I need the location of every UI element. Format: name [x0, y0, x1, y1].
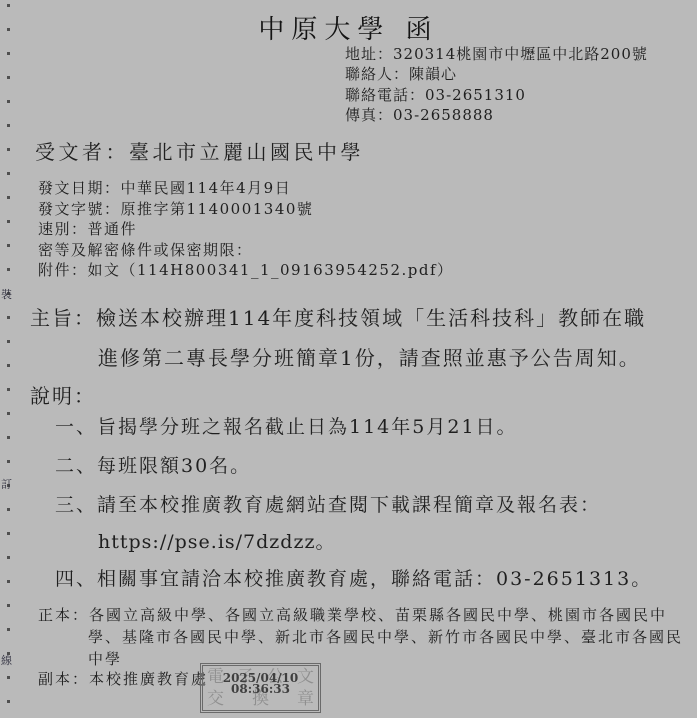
sender-contact-phone: 聯絡電話：03-2651310	[345, 85, 648, 105]
document-meta-block: 發文日期：中華民國114年4月9日 發文字號：原推字第1140001340號 速…	[38, 178, 454, 281]
original-recipients-line-3: 中學	[88, 648, 122, 669]
sender-fax: 傳真：03-2658888	[345, 105, 648, 125]
stamp-datetime: 2025/04/10 08:36:33	[203, 673, 318, 695]
original-recipients-line-2: 學、基隆市各國民中學、新北市各國民中學、新竹市各國民中學、臺北市各國民	[88, 626, 683, 647]
sender-contact-person: 聯絡人：陳韻心	[345, 64, 648, 84]
explanation-item-3: 三、請至本校推廣教育處網站查閱下載課程簡章及報名表：	[55, 490, 601, 517]
copy-recipient-line: 副本：本校推廣教育處	[38, 668, 208, 689]
binding-mark-zhuang: 裝	[1, 289, 12, 300]
meta-priority: 速別：普通件	[38, 219, 454, 240]
official-document-page: 裝 訂 線 中原大學 函 地址：320314桃園市中壢區中北路200號 聯絡人：…	[0, 0, 697, 718]
original-recipients-line-1: 正本：各國立高級中學、各國立高級職業學校、苗栗縣各國民中學、桃園市各國民中	[38, 604, 667, 625]
explanation-item-1: 一、旨揭學分班之報名截止日為114年5月21日。	[55, 412, 518, 439]
sender-address: 地址：320314桃園市中壢區中北路200號	[345, 44, 648, 64]
binding-mark-ding: 訂	[1, 479, 12, 490]
meta-attachment: 附件：如文（114H800341_1_09163954252.pdf）	[38, 260, 454, 281]
meta-reference-number: 發文字號：原推字第1140001340號	[38, 199, 454, 220]
binding-dotted-line	[7, 4, 10, 718]
explanation-item-3-url: https://pse.is/7dzdzz。	[98, 527, 336, 554]
subject-line-1: 主旨：檢送本校辦理114年度科技領域「生活科技科」教師在職	[30, 302, 646, 331]
electronic-exchange-stamp: 電 子 公 文 交 換 章 2025/04/10 08:36:33	[200, 663, 321, 713]
meta-security-classification: 密等及解密條件或保密期限：	[38, 240, 454, 261]
explanation-heading: 說明：	[30, 380, 96, 409]
sender-contact-block: 地址：320314桃園市中壢區中北路200號 聯絡人：陳韻心 聯絡電話：03-2…	[345, 44, 648, 126]
explanation-item-2: 二、每班限額30名。	[55, 451, 251, 478]
document-title: 中原大學 函	[0, 9, 697, 46]
meta-issue-date: 發文日期：中華民國114年4月9日	[38, 178, 454, 199]
binding-mark-xian: 線	[1, 655, 12, 666]
stamp-time: 08:36:33	[203, 684, 318, 695]
recipient-line: 受文者：臺北市立麗山國民中學	[35, 136, 364, 165]
subject-line-2: 進修第二專長學分班簡章1份，請查照並惠予公告周知。	[98, 342, 641, 371]
explanation-item-4: 四、相關事宜請洽本校推廣教育處，聯絡電話：03-2651313。	[55, 564, 652, 591]
